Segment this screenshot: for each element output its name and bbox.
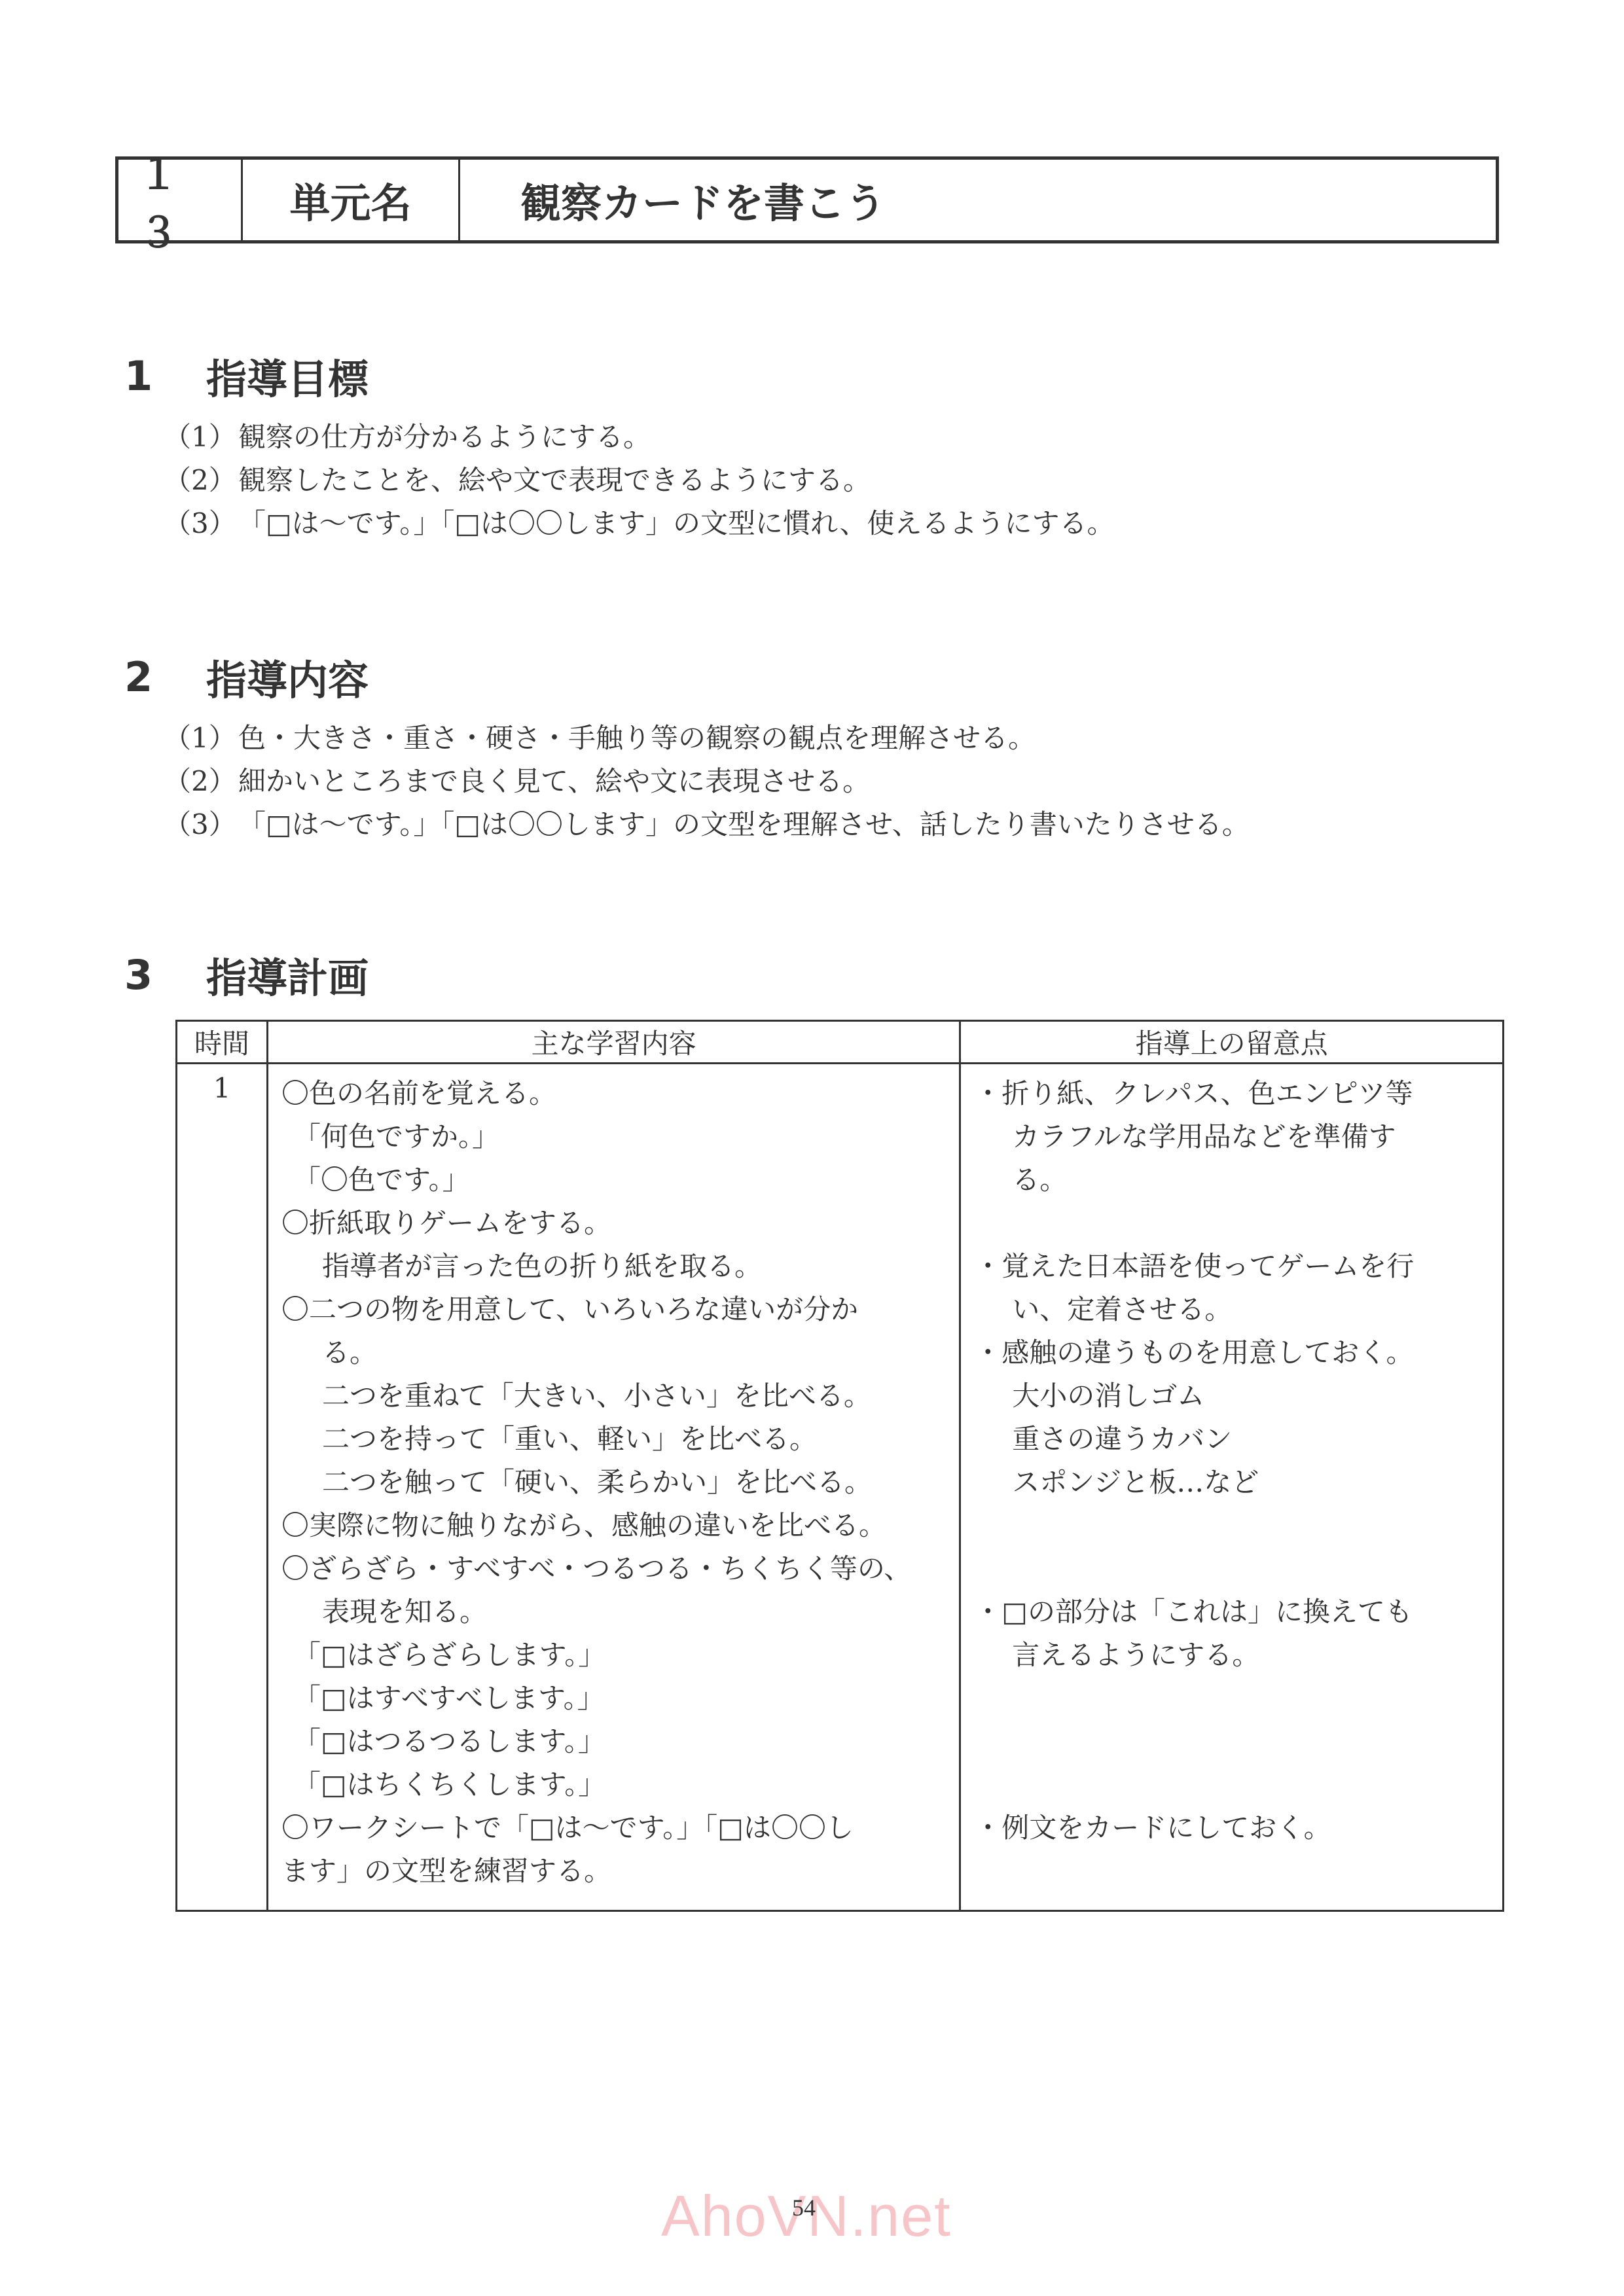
note-line	[974, 1677, 1496, 1720]
section-1-list: （1）観察の仕方が分かるようにする。 （2）観察したことを、絵や文で表現できるよ…	[164, 416, 1115, 545]
note-line	[974, 1720, 1496, 1763]
content-line: ます」の文型を練習する。	[281, 1850, 952, 1893]
section-number: 3	[124, 951, 206, 999]
header-content: 主な学習内容	[267, 1021, 960, 1064]
unit-label: 単元名	[243, 160, 460, 240]
content-line: 「□はざらざらします。」	[281, 1634, 952, 1677]
content-line: る。	[281, 1331, 952, 1374]
list-index: （3）	[164, 803, 238, 846]
content-line: 〇二つの物を用意して、いろいろな違いが分か	[281, 1288, 952, 1331]
content-line: 表現を知る。	[281, 1590, 952, 1634]
note-line: ・例文をカードにしておく。	[974, 1806, 1496, 1850]
content-line: 「□はつるつるします。」	[281, 1720, 952, 1763]
content-line: 「〇色です。」	[281, 1158, 952, 1202]
note-line: カラフルな学用品などを準備す	[974, 1115, 1496, 1158]
page-number: 54	[792, 2194, 816, 2221]
note-line: ・感触の違うものを用意しておく。	[974, 1331, 1496, 1374]
list-text: 細かいところまで良く見て、絵や文に表現させる。	[238, 765, 870, 797]
list-index: （3）	[164, 502, 238, 545]
section-title: 指導目標	[206, 347, 369, 405]
plan-table: 時間 主な学習内容 指導上の留意点 1 〇色の名前を覚える。 「何色ですか。」 …	[175, 1020, 1504, 1912]
note-line: スポンジと板…など	[974, 1461, 1496, 1504]
content-line: 指導者が言った色の折り紙を取る。	[281, 1245, 952, 1288]
content-line: 二つを重ねて「大きい、小さい」を比べる。	[281, 1374, 952, 1418]
content-line: 〇色の名前を覚える。	[281, 1072, 952, 1115]
note-line: ・覚えた日本語を使ってゲームを行	[974, 1245, 1496, 1288]
unit-title-box: １３ 単元名 観察カードを書こう	[115, 156, 1499, 243]
cell-content: 〇色の名前を覚える。 「何色ですか。」 「〇色です。」 〇折紙取りゲームをする。…	[267, 1064, 960, 1911]
unit-number: １３	[118, 160, 243, 240]
list-text: 「□は～です。」「□は〇〇します」の文型を理解させ、話したり書いたりさせる。	[238, 808, 1250, 840]
content-line: 二つを持って「重い、軽い」を比べる。	[281, 1418, 952, 1461]
note-line: 大小の消しゴム	[974, 1374, 1496, 1418]
content-line: 〇実際に物に触りながら、感触の違いを比べる。	[281, 1504, 952, 1547]
note-line	[974, 1763, 1496, 1806]
list-item: （3）「□は～です。」「□は〇〇します」の文型を理解させ、話したり書いたりさせる…	[164, 803, 1250, 846]
list-text: 観察したことを、絵や文で表現できるようにする。	[238, 464, 871, 496]
note-line: ・折り紙、クレパス、色エンピツ等	[974, 1072, 1496, 1115]
list-index: （1）	[164, 717, 238, 760]
section-2-list: （1）色・大きさ・重さ・硬さ・手触り等の観察の観点を理解させる。 （2）細かいと…	[164, 717, 1250, 846]
table-row: 1 〇色の名前を覚える。 「何色ですか。」 「〇色です。」 〇折紙取りゲームをす…	[177, 1064, 1504, 1911]
list-text: 「□は～です。」「□は〇〇します」の文型に慣れ、使えるようにする。	[238, 507, 1115, 539]
content-line: 「□はちくちくします。」	[281, 1763, 952, 1806]
table-header-row: 時間 主な学習内容 指導上の留意点	[177, 1021, 1504, 1064]
list-item: （1）観察の仕方が分かるようにする。	[164, 416, 1115, 459]
list-item: （1）色・大きさ・重さ・硬さ・手触り等の観察の観点を理解させる。	[164, 717, 1250, 760]
content-line: 〇ざらざら・すべすべ・つるつる・ちくちく等の、	[281, 1547, 952, 1590]
content-line: 「何色ですか。」	[281, 1115, 952, 1158]
header-notes: 指導上の留意点	[960, 1021, 1504, 1064]
section-3-heading: 3 指導計画	[124, 946, 369, 1004]
cell-time: 1	[177, 1064, 268, 1911]
cell-notes: ・折り紙、クレパス、色エンピツ等 カラフルな学用品などを準備す る。 ・覚えた日…	[960, 1064, 1504, 1911]
note-line: ・□の部分は「これは」に換えても	[974, 1590, 1496, 1634]
content-line: 〇ワークシートで「□は～です。」「□は〇〇し	[281, 1806, 952, 1850]
section-number: 2	[124, 653, 206, 701]
section-number: 1	[124, 352, 206, 400]
list-item: （2）細かいところまで良く見て、絵や文に表現させる。	[164, 760, 1250, 803]
header-time: 時間	[177, 1021, 268, 1064]
unit-name: 観察カードを書こう	[460, 160, 1496, 240]
content-line: 〇折紙取りゲームをする。	[281, 1202, 952, 1245]
list-text: 観察の仕方が分かるようにする。	[238, 421, 651, 453]
note-line	[974, 1504, 1496, 1547]
note-line: 言えるようにする。	[974, 1634, 1496, 1677]
note-line: 重さの違うカバン	[974, 1418, 1496, 1461]
list-item: （2）観察したことを、絵や文で表現できるようにする。	[164, 459, 1115, 502]
section-2-heading: 2 指導内容	[124, 648, 369, 706]
content-line: 二つを触って「硬い、柔らかい」を比べる。	[281, 1461, 952, 1504]
section-1-heading: 1 指導目標	[124, 347, 369, 405]
section-title: 指導内容	[206, 648, 369, 706]
note-line: い、定着させる。	[974, 1288, 1496, 1331]
note-line: る。	[974, 1158, 1496, 1202]
list-index: （2）	[164, 459, 238, 502]
content-line: 「□はすべすべします。」	[281, 1677, 952, 1720]
list-text: 色・大きさ・重さ・硬さ・手触り等の観察の観点を理解させる。	[238, 722, 1036, 754]
section-title: 指導計画	[206, 946, 369, 1004]
list-index: （2）	[164, 760, 238, 803]
note-line	[974, 1202, 1496, 1245]
list-index: （1）	[164, 416, 238, 459]
note-line	[974, 1547, 1496, 1590]
list-item: （3）「□は～です。」「□は〇〇します」の文型に慣れ、使えるようにする。	[164, 502, 1115, 545]
